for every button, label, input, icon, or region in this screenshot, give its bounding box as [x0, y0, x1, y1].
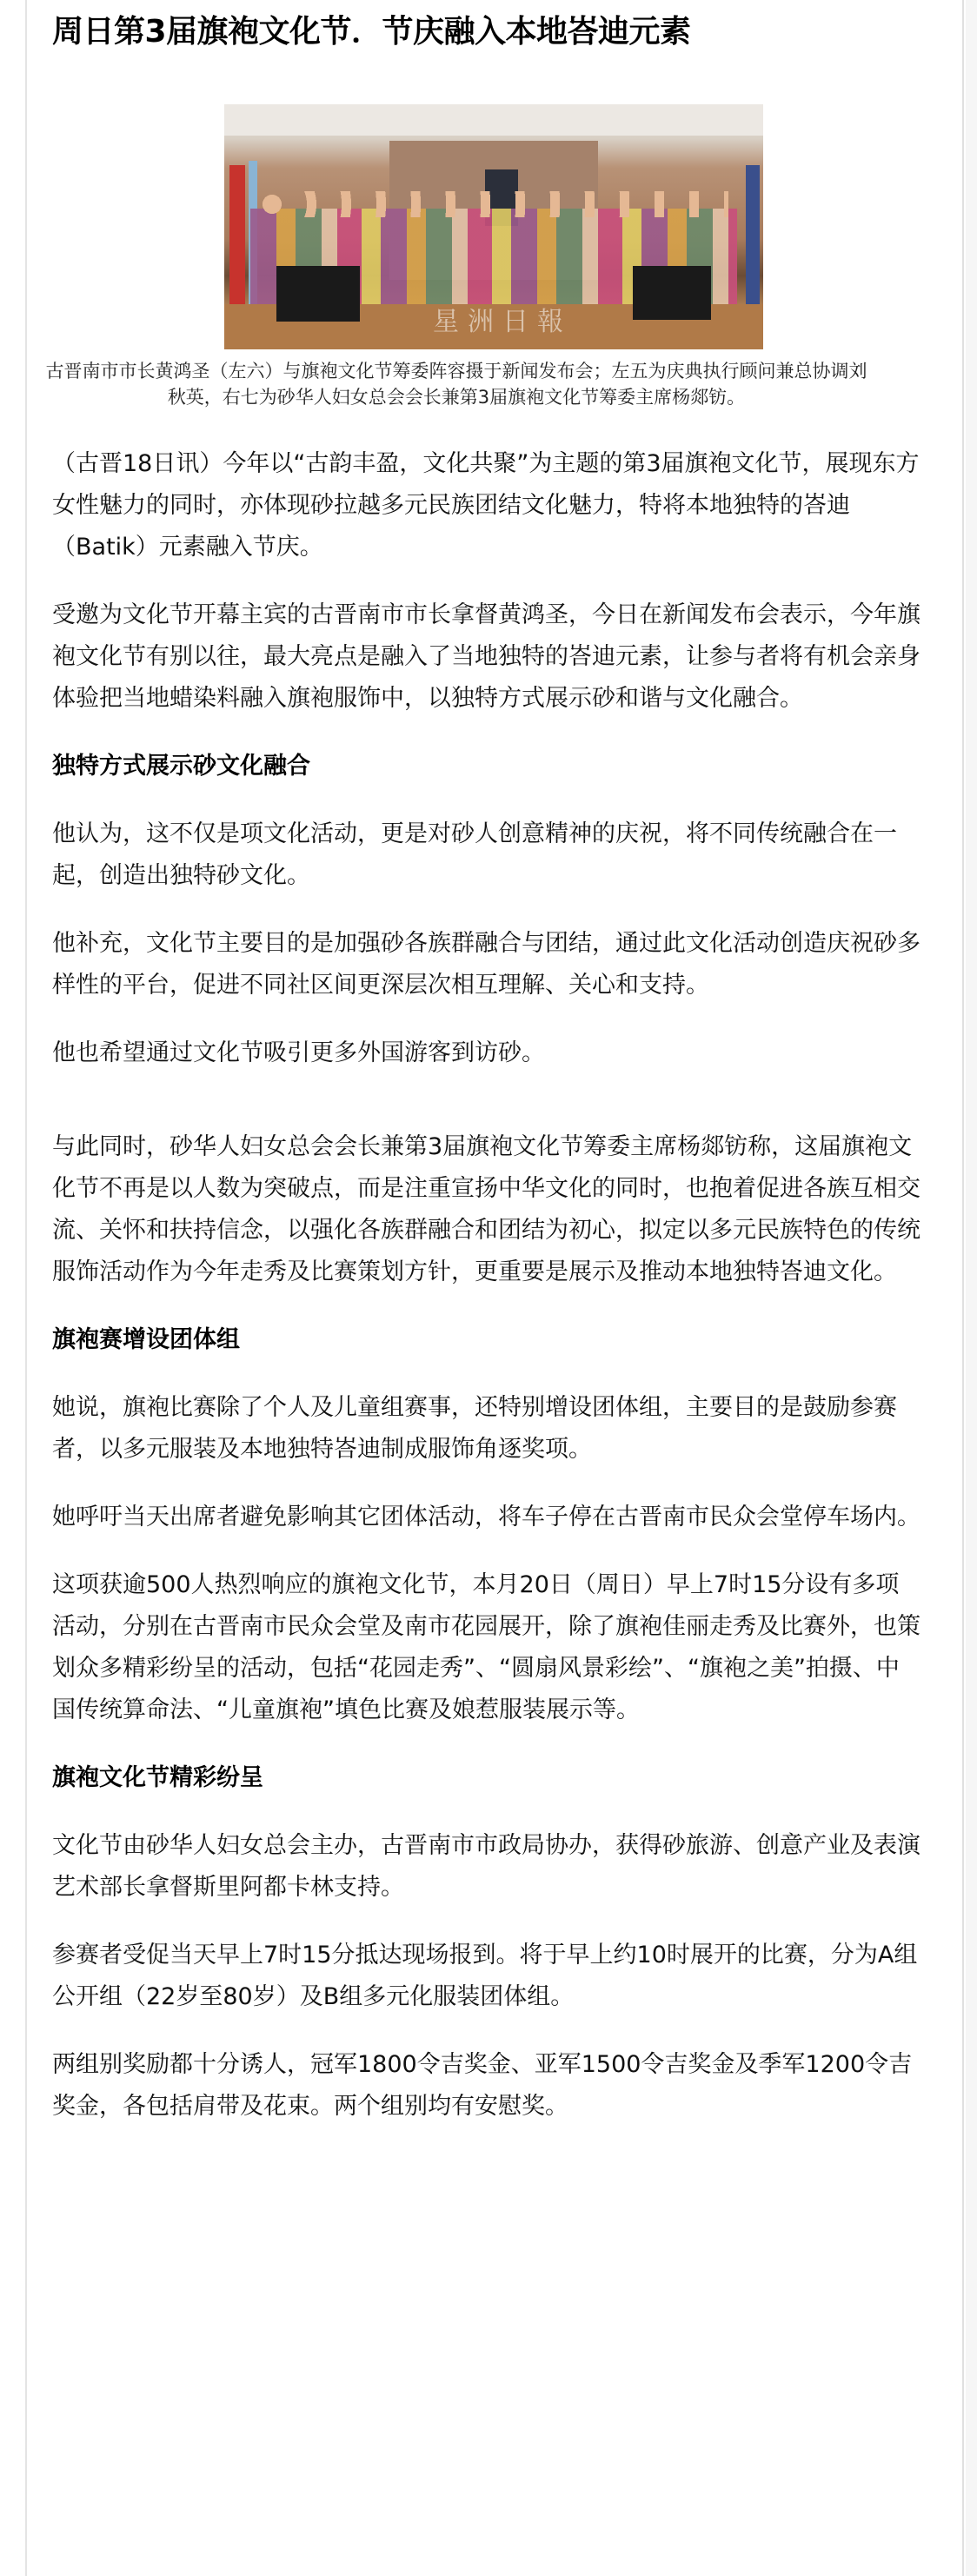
article-paragraph: 她说，旗袍比赛除了个人及儿童组赛事，还特别增设团体组，主要目的是鼓励参赛者，以多…: [52, 1387, 921, 1471]
article-paragraph: 他也希望通过文化节吸引更多外国游客到访砂。: [52, 1032, 921, 1074]
article-paragraph: 她呼吁当天出席者避免影响其它团体活动，将车子停在古晋南市民众会堂停车场内。: [52, 1497, 921, 1538]
photo-monitor: [276, 266, 360, 322]
section-heading: 独特方式展示砂文化融合: [52, 746, 921, 787]
photo-caption: 古晋南市市长黄鸿圣（左六）与旗袍文化节筹委阵容摄于新闻发布会；左五为庆典执行顾问…: [43, 358, 869, 410]
article-headline: 周日第3届旗袍文化节．节庆融入本地峇迪元素: [52, 0, 921, 52]
article-paragraph: 文化节由砂华人妇女总会主办，古晋南市市政局协办，获得砂旅游、创意产业及表演艺术部…: [52, 1825, 921, 1909]
news-article: 周日第3届旗袍文化节．节庆融入本地峇迪元素 星洲日報 古晋南市市长黄鸿圣（左六）…: [52, 0, 921, 2128]
article-photo: 星洲日報: [224, 104, 763, 349]
article-paragraph: 这项获逾500人热烈响应的旗袍文化节，本月20日（周日）早上7时15分设有多项活…: [52, 1564, 921, 1731]
article-paragraph: 两组别奖励都十分诱人，冠军1800令吉奖金、亚军1500令吉奖金及季军1200令…: [52, 2044, 921, 2128]
article-paragraph: 受邀为文化节开幕主宾的古晋南市市长拿督黄鸿圣，今日在新闻发布会表示，今年旗袍文化…: [52, 594, 921, 720]
article-paragraph: 与此同时，砂华人妇女总会会长兼第3届旗袍文化节筹委主席杨郯钫称，这届旗袍文化节不…: [52, 1126, 921, 1293]
article-paragraph: 参赛者受促当天早上7时15分抵达现场报到。将于早上约10时展开的比赛，分为A组公…: [52, 1935, 921, 2018]
section-heading: 旗袍赛增设团体组: [52, 1319, 921, 1361]
photo-monitor: [633, 266, 711, 320]
photo-flag: [746, 165, 760, 322]
article-figure: 星洲日報 古晋南市市长黄鸿圣（左六）与旗袍文化节筹委阵容摄于新闻发布会；左五为庆…: [52, 104, 921, 410]
article-paragraph: 他认为，这不仅是项文化活动，更是对砂人创意精神的庆祝，将不同传统融合在一起，创造…: [52, 813, 921, 897]
photo-ceiling: [224, 104, 763, 136]
article-paragraph: 他补充，文化节主要目的是加强砂各族群融合与团结，通过此文化活动创造庆祝砂多样性的…: [52, 923, 921, 1006]
photo-watermark: 星洲日報: [433, 300, 572, 338]
article-paragraph: （古晋18日讯）今年以“古韵丰盈，文化共聚”为主题的第3届旗袍文化节，展现东方女…: [52, 443, 921, 568]
section-heading: 旗袍文化节精彩纷呈: [52, 1757, 921, 1799]
photo-faces: [259, 191, 728, 217]
page-gutter: [966, 0, 977, 2576]
